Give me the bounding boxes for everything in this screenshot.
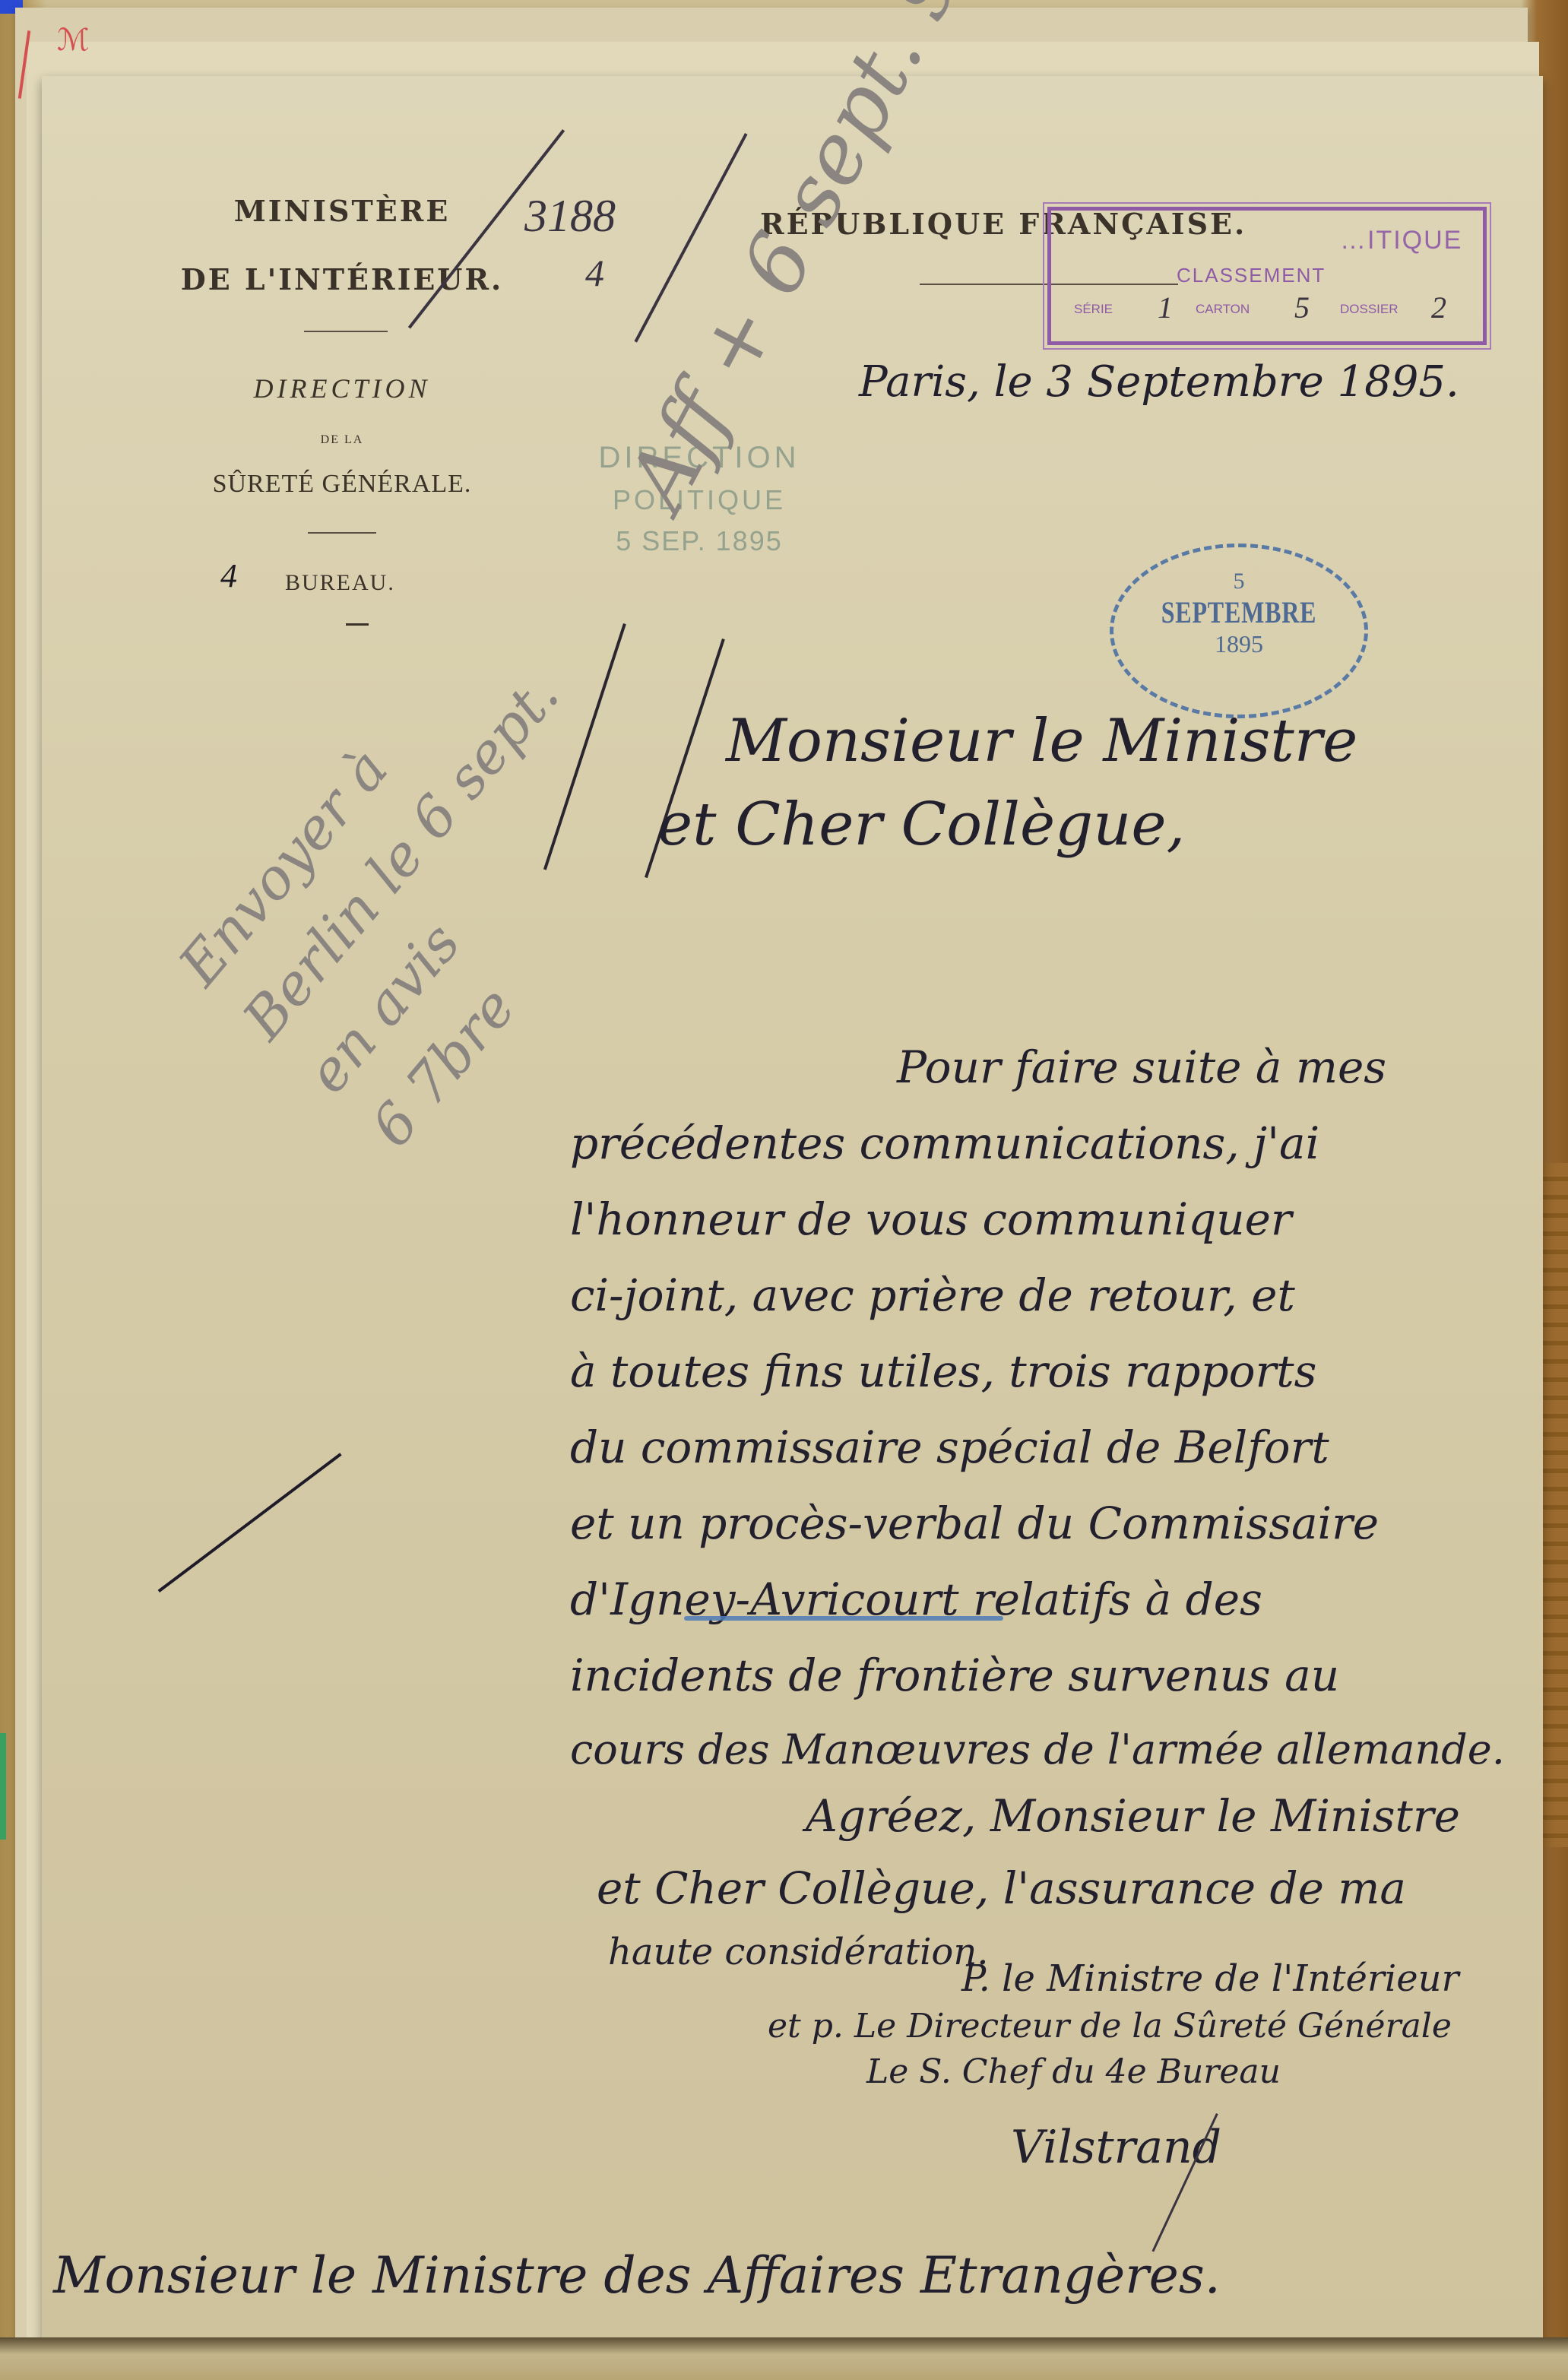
red-pencil-annotation: ℳ xyxy=(57,23,90,58)
carton-value: 5 xyxy=(1294,290,1310,325)
wooden-desk-edge xyxy=(1539,1163,1568,1847)
salutation-line-2: et Cher Collègue, xyxy=(657,791,1185,859)
letterhead-direction: DIRECTION xyxy=(228,372,456,404)
body-line: incidents de frontière survenus au xyxy=(570,1650,1339,1701)
reception-date-stamp: 5 SEPTEMBRE 1895 xyxy=(1110,544,1368,718)
signature-line-2: et p. Le Directeur de la Sûreté Générale xyxy=(768,2007,1452,2046)
letterhead-interieur: DE L'INTÉRIEUR. xyxy=(160,262,524,296)
signature-line-1: P. le Ministre de l'Intérieur xyxy=(961,1957,1459,2000)
dossier-label: DOSSIER xyxy=(1340,302,1399,317)
classement-stamp: …ITIQUE CLASSEMENT SÉRIE 1 CARTON 5 DOSS… xyxy=(1047,207,1487,345)
closing-line: haute considération. xyxy=(608,1931,988,1973)
green-tab xyxy=(0,1733,6,1840)
serie-value: 1 xyxy=(1158,290,1173,325)
bureau-label: BUREAU. xyxy=(285,570,395,596)
signature: Vilstrand xyxy=(1011,2121,1221,2174)
body-line: à toutes fins utiles, trois rapports xyxy=(570,1345,1316,1397)
closing-line: et Cher Collègue, l'assurance de ma xyxy=(597,1862,1406,1914)
reference-denominator: 4 xyxy=(585,251,604,295)
body-line: précédentes communications, j'ai xyxy=(570,1117,1319,1169)
reference-numerator: 3188 xyxy=(524,190,616,242)
ornament-divider xyxy=(304,331,388,332)
stamp-title: CLASSEMENT xyxy=(1177,264,1326,287)
salutation-line-1: Monsieur le Ministre xyxy=(726,707,1357,775)
letterhead-de-la: DE LA xyxy=(312,433,372,447)
body-line: et un procès-verbal du Commissaire xyxy=(570,1497,1379,1549)
closing-line: Agréez, Monsieur le Ministre xyxy=(806,1790,1460,1842)
signature-line-3: Le S. Chef du 4e Bureau xyxy=(866,2052,1281,2091)
dossier-value: 2 xyxy=(1431,290,1446,325)
addressee: Monsieur le Ministre des Affaires Etrang… xyxy=(53,2246,1221,2305)
date-line: Paris, le 3 Septembre 1895. xyxy=(859,357,1459,407)
body-line: ci-joint, avec prière de retour, et xyxy=(570,1269,1295,1321)
divider-rule xyxy=(308,532,376,534)
body-line: l'honneur de vous communiquer xyxy=(570,1193,1292,1245)
carton-label: CARTON xyxy=(1196,302,1250,317)
body-line: Pour faire suite à mes xyxy=(897,1041,1386,1093)
dash-rule xyxy=(346,623,369,626)
blue-underline xyxy=(684,1616,1003,1621)
body-line: cours des Manœuvres de l'armée allemande… xyxy=(570,1726,1505,1773)
body-line: du commissaire spécial de Belfort xyxy=(570,1421,1329,1473)
bureau-number: 4 xyxy=(220,556,237,595)
stamp-header-tail: …ITIQUE xyxy=(1340,226,1462,255)
letterhead-surete: SÛRETÉ GÉNÉRALE. xyxy=(190,470,494,499)
letterhead-ministry: MINISTÈRE xyxy=(228,194,456,228)
serie-label: SÉRIE xyxy=(1074,302,1113,317)
paper-stack-bottom xyxy=(0,2337,1568,2380)
